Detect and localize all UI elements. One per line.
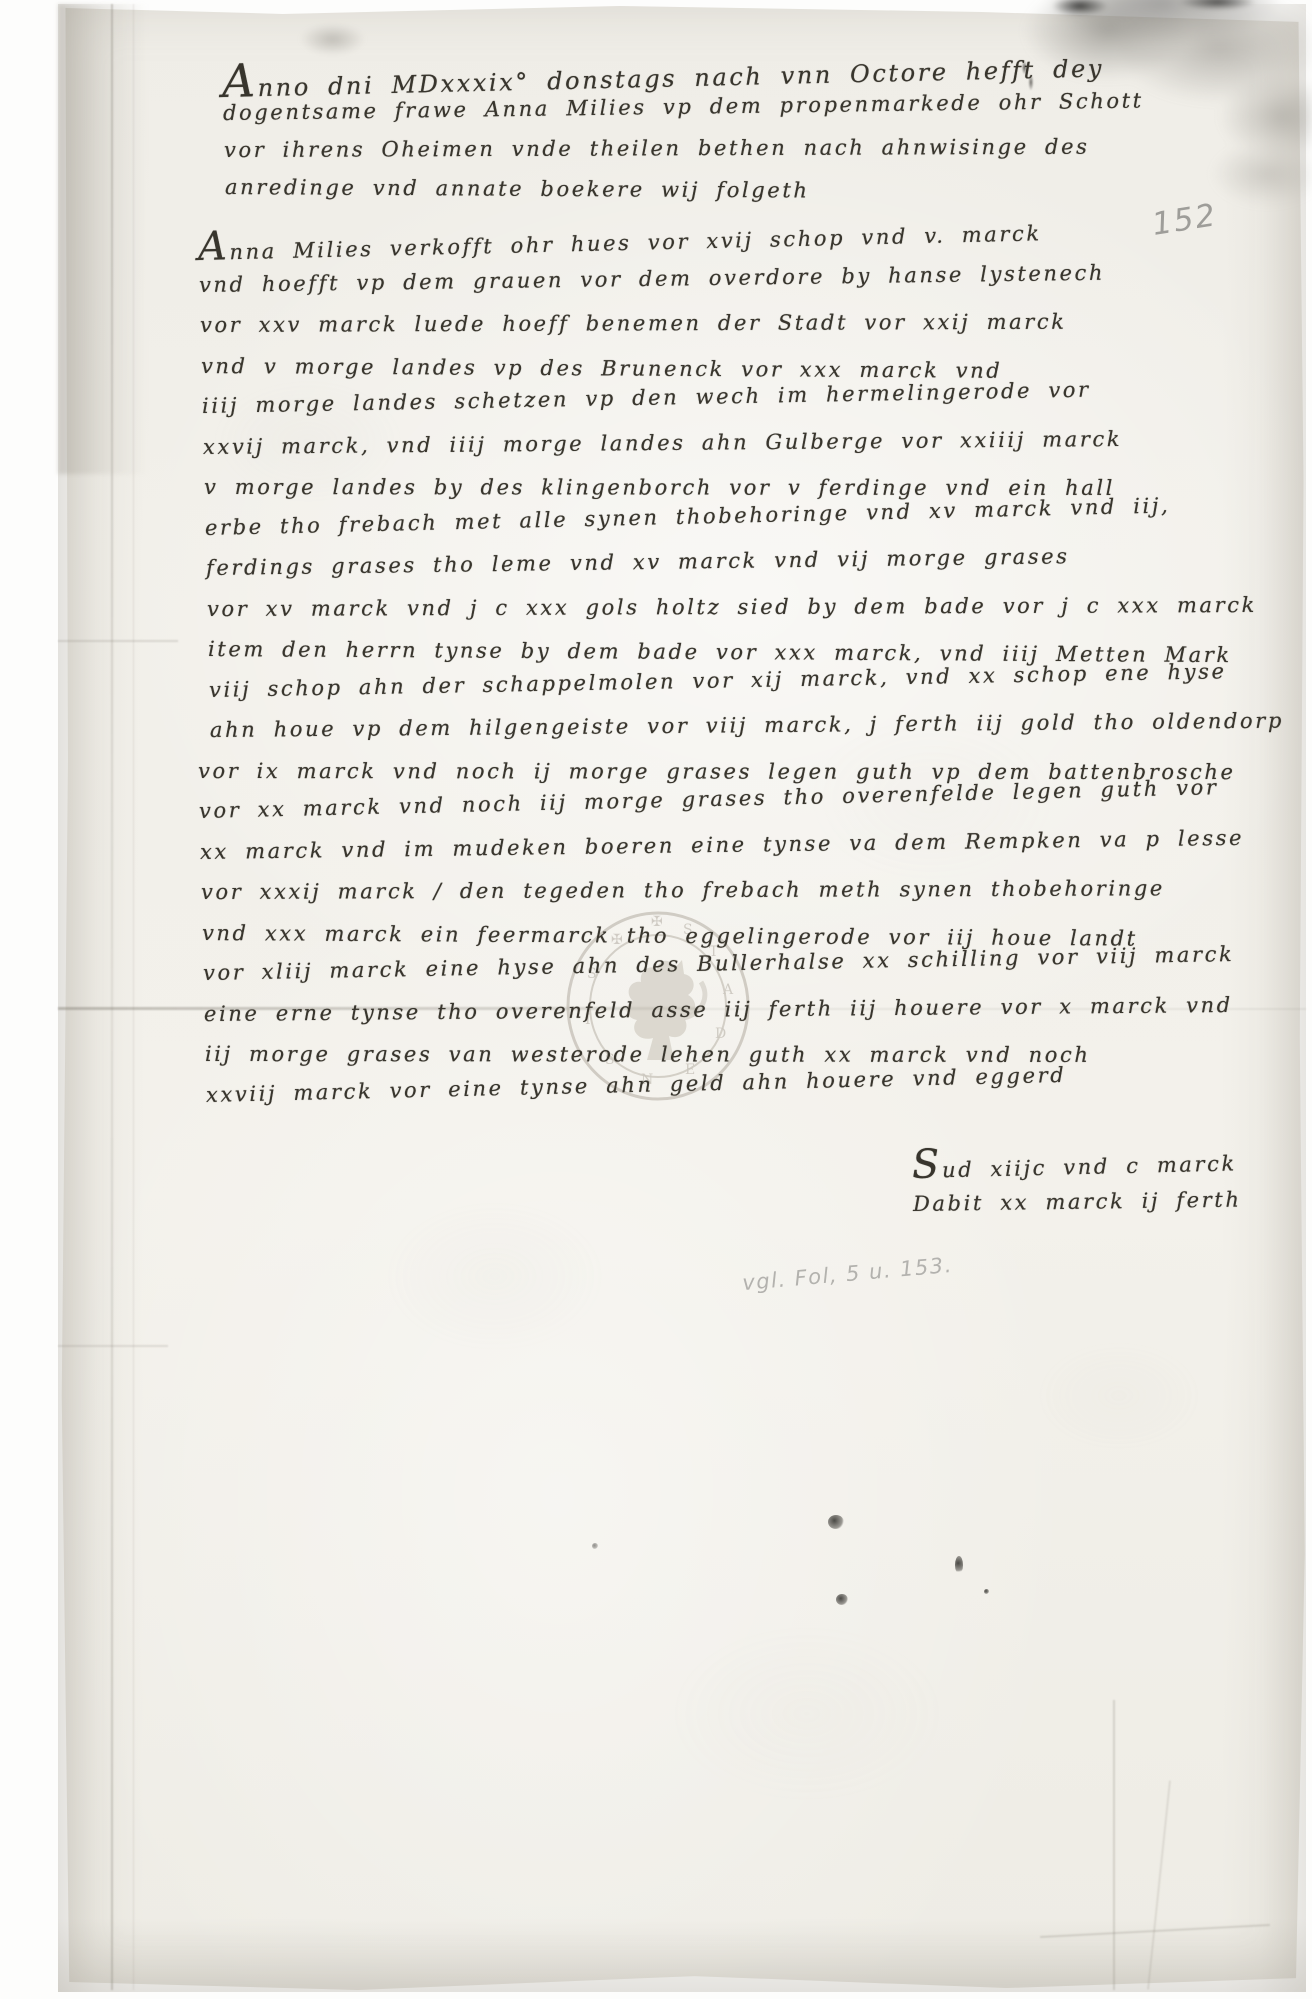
manuscript-line: iij morge grases van westerode lehen gut… xyxy=(205,1042,1091,1067)
ink-spot xyxy=(955,1556,963,1574)
manuscript-line: vor ihrens Oheimen vnde theilen bethen n… xyxy=(224,135,1090,162)
manuscript-line: vor xv marck vnd j c xxx gols holtz sied… xyxy=(207,592,1257,620)
ink-spot xyxy=(592,1543,598,1549)
ink-spot xyxy=(828,1515,844,1529)
manuscript-line: vor xxxij marck / den tegeden tho frebac… xyxy=(201,876,1165,904)
manuscript-line: vor xxv marck luede hoeff benemen der St… xyxy=(200,310,1067,337)
ink-spot xyxy=(984,1589,989,1594)
ink-spot xyxy=(836,1594,848,1605)
manuscript-line: vnd v morge landes vp des Brunenck vor x… xyxy=(201,354,1002,383)
manuscript-line: v morge landes by des klingenborch vor v… xyxy=(204,475,1115,500)
scan-background: ✠ST ADE NSI S✠ 152 vgl. Fol, 5 u. 153. A… xyxy=(0,0,1312,1999)
manuscript-line: anredinge vnd annate boekere wij folgeth xyxy=(225,175,810,202)
manuscript-line: Dabit xx marck ij ferth xyxy=(913,1188,1242,1216)
